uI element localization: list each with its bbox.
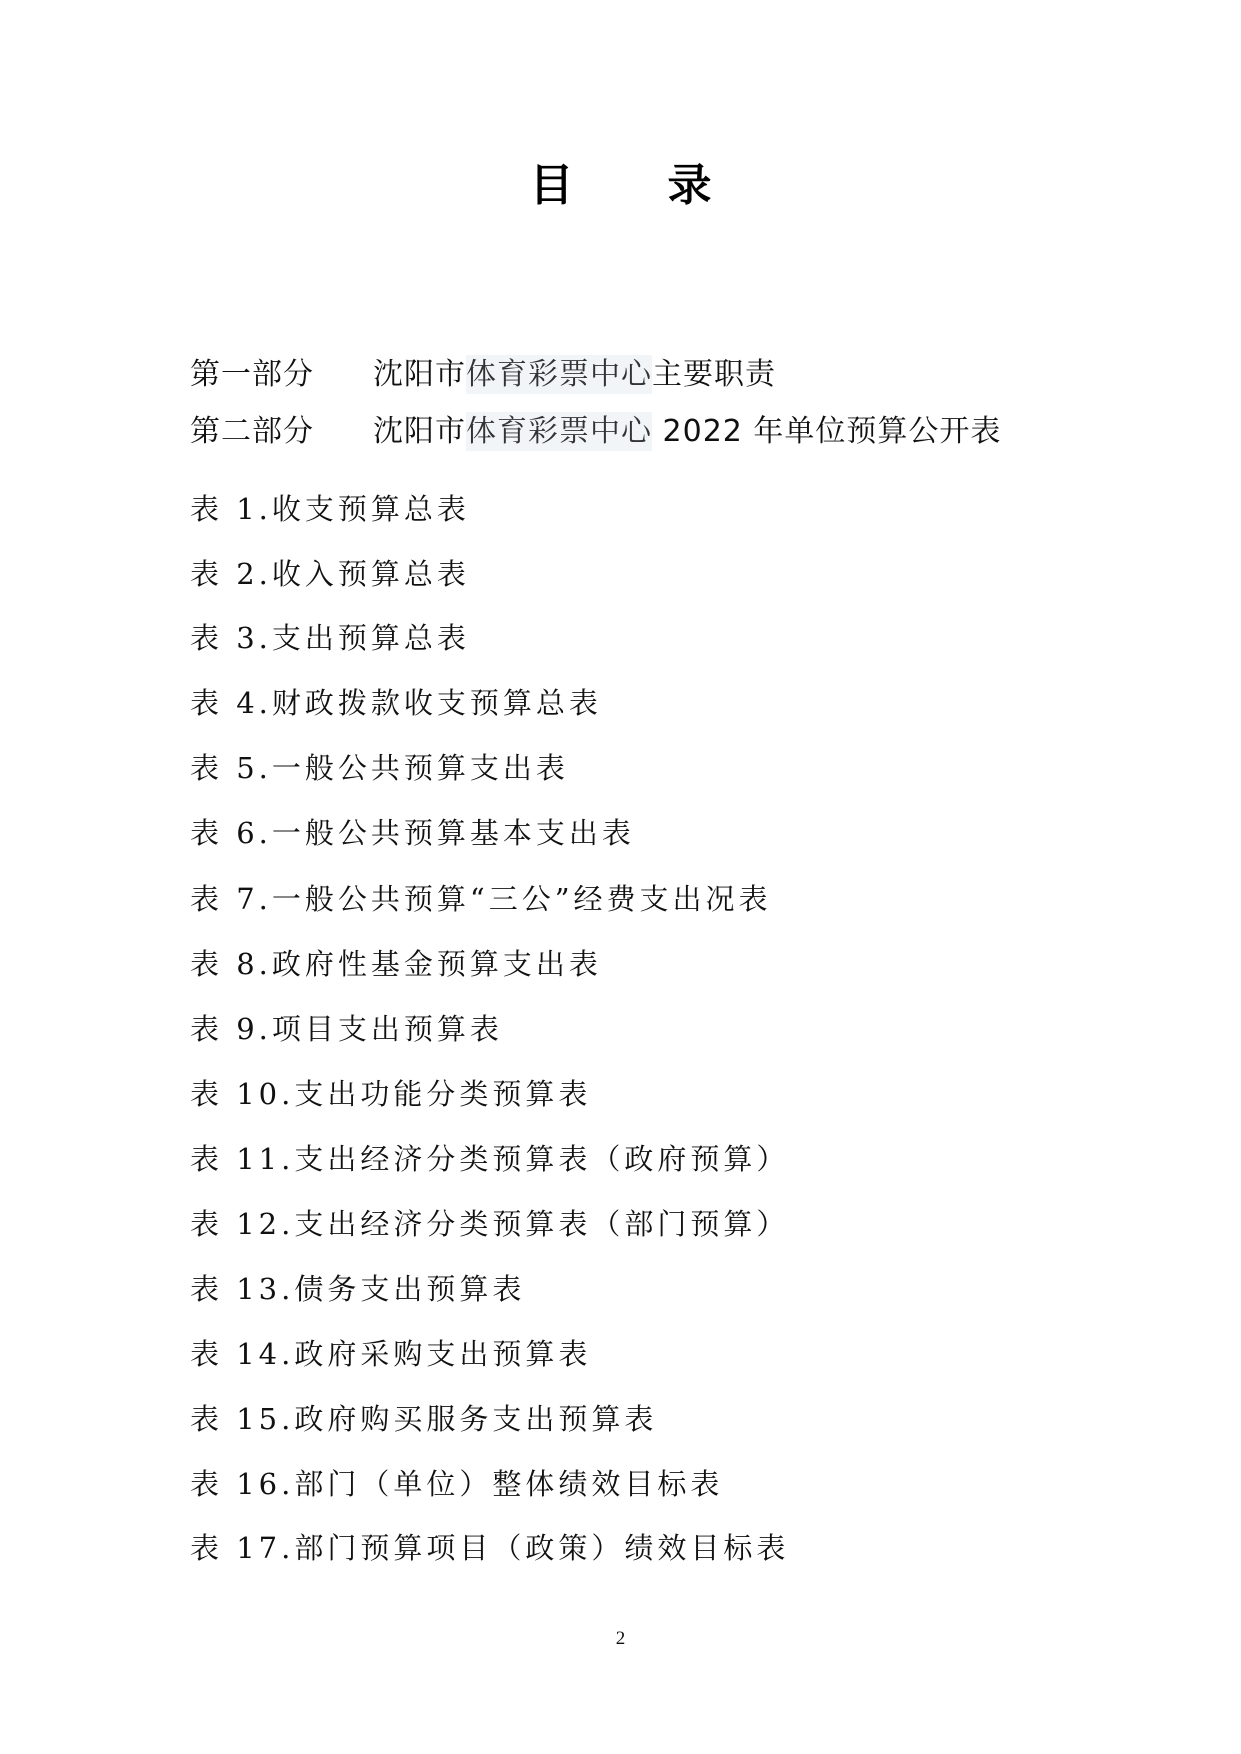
toc-item-8[interactable]: 表 8.政府性基金预算支出表	[190, 944, 602, 984]
toc-item-12[interactable]: 表 12.支出经济分类预算表（部门预算）	[190, 1204, 789, 1244]
toc-item-4[interactable]: 表 4.财政拨款收支预算总表	[190, 683, 602, 723]
toc-item-14[interactable]: 表 14.政府采购支出预算表	[190, 1334, 591, 1374]
page-title: 目录	[0, 158, 1241, 214]
part-prefix: 沈阳市	[373, 357, 466, 392]
toc-item-7[interactable]: 表 7.一般公共预算“三公”经费支出况表	[190, 879, 772, 919]
toc-item-13[interactable]: 表 13.债务支出预算表	[190, 1269, 525, 1309]
toc-item-9[interactable]: 表 9.项目支出预算表	[190, 1009, 503, 1049]
toc-item-16[interactable]: 表 16.部门（单位）整体绩效目标表	[190, 1464, 723, 1504]
toc-item-3[interactable]: 表 3.支出预算总表	[190, 618, 470, 658]
toc-item-5[interactable]: 表 5.一般公共预算支出表	[190, 748, 569, 788]
part-label: 第二部分	[190, 412, 373, 452]
title-char-1: 目	[530, 158, 574, 214]
toc-item-15[interactable]: 表 15.政府购买服务支出预算表	[190, 1399, 657, 1439]
toc-item-17[interactable]: 表 17.部门预算项目（政策）绩效目标表	[190, 1528, 789, 1568]
part-label: 第一部分	[190, 355, 373, 395]
toc-item-10[interactable]: 表 10.支出功能分类预算表	[190, 1074, 591, 1114]
toc-item-2[interactable]: 表 2.收入预算总表	[190, 554, 470, 594]
part-suffix: 2022 年单位预算公开表	[652, 414, 1001, 449]
title-char-2: 录	[668, 158, 712, 214]
toc-part-1[interactable]: 第一部分沈阳市体育彩票中心主要职责	[190, 355, 776, 395]
toc-item-11[interactable]: 表 11.支出经济分类预算表（政府预算）	[190, 1139, 789, 1179]
toc-part-2[interactable]: 第二部分沈阳市体育彩票中心 2022 年单位预算公开表	[190, 412, 1001, 452]
part-prefix: 沈阳市	[373, 414, 466, 449]
part-suffix: 主要职责	[652, 357, 776, 392]
page-number: 2	[0, 1628, 1241, 1650]
toc-item-6[interactable]: 表 6.一般公共预算基本支出表	[190, 813, 635, 853]
toc-item-1[interactable]: 表 1.收支预算总表	[190, 489, 470, 529]
highlighted-org-name: 体育彩票中心	[466, 412, 652, 451]
highlighted-org-name: 体育彩票中心	[466, 355, 652, 394]
